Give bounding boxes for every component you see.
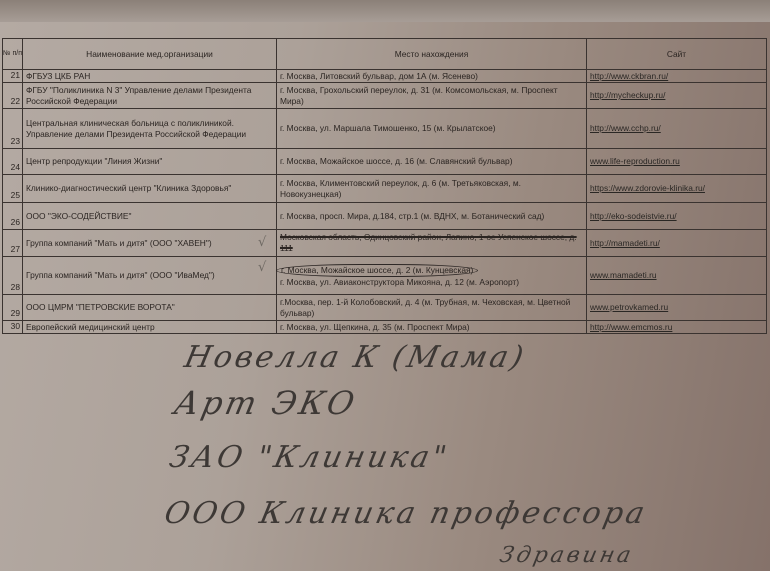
row-name: ФГБУЗ ЦКБ РАН [23,70,277,83]
row-name: Клинико-диагностический центр "Клиника З… [23,175,277,203]
handwritten-note: Новелла К (Мама) [181,340,529,375]
row-location: г. Москва, Литовский бульвар, дом 1А (м.… [277,70,587,83]
row-location: г.Москва, пер. 1-й Колобовский, д. 4 (м.… [277,295,587,321]
row-num: 22 [3,83,23,109]
row-location: г. Москва, ул. Маршала Тимошенко, 15 (м.… [277,109,587,149]
row-site-link[interactable]: http://mamadeti.ru/ [587,230,767,257]
handwritten-note: Арт ЭКО [171,384,361,422]
check-mark-icon: √ [258,260,266,275]
row-name: ООО ЦМРМ "ПЕТРОВСКИЕ ВОРОТА" [23,295,277,321]
row-location: г. Москва, Можайское шоссе, д. 16 (м. Сл… [277,149,587,175]
photo-top-shadow [0,0,770,22]
second-address: г. Москва, ул. Авиаконструктора Микояна,… [280,277,519,287]
row-name: Группа компаний "Мать и дитя" (ООО "ИваМ… [23,257,277,295]
row-location: г. Москва, просп. Мира, д.184, стр.1 (м.… [277,203,587,230]
header-name: Наименование мед.организации [23,39,277,70]
table-row: 22 ФГБУ "Поликлиника N 3" Управление дел… [3,83,767,109]
table-row: 26 ООО "ЭКО-СОДЕЙСТВИЕ" г. Москва, просп… [3,203,767,230]
table-row: 23 Центральная клиническая больница с по… [3,109,767,149]
table-row: 30 Европейский медицинский центр г. Моск… [3,321,767,334]
table-row: 27 Группа компаний "Мать и дитя" (ООО "Х… [3,230,767,257]
row-location: г. Москва, ул. Щепкина, д. 35 (м. Проспе… [277,321,587,334]
check-mark-icon: √ [258,235,266,250]
row-num: 23 [3,109,23,149]
row-num: 26 [3,203,23,230]
header-site: Сайт [587,39,767,70]
row-name: Группа компаний "Мать и дитя" (ООО "ХАВЕ… [23,230,277,257]
row-num: 28 [3,257,23,295]
row-location: г. Москва, Можайское шоссе, д. 2 (м. Кун… [277,257,587,295]
row-num: 29 [3,295,23,321]
table-row: 24 Центр репродукции "Линия Жизни" г. Мо… [3,149,767,175]
row-num: 24 [3,149,23,175]
table-row: 25 Клинико-диагностический центр "Клиник… [3,175,767,203]
handwritten-note: Здравина [497,543,636,568]
row-name: ФГБУ "Поликлиника N 3" Управление делами… [23,83,277,109]
table-header-row: № п/п Наименование мед.организации Место… [3,39,767,70]
row-num: 27 [3,230,23,257]
clinics-table-container: № п/п Наименование мед.организации Место… [2,38,766,334]
table-row: 28 Группа компаний "Мать и дитя" (ООО "И… [3,257,767,295]
circled-address: г. Москва, Можайское шоссе, д. 2 (м. Кун… [276,264,478,277]
row-name: Европейский медицинский центр [23,321,277,334]
row-num: 30 [3,321,23,334]
handwritten-note: ООО Клиника профессора [161,496,650,531]
row-location: г. Москва, Грохольский переулок, д. 31 (… [277,83,587,109]
row-site-link[interactable]: http://mycheckup.ru/ [587,83,767,109]
row-name: Центральная клиническая больница с полик… [23,109,277,149]
row-site-link[interactable]: www.mamadeti.ru [587,257,767,295]
row-location-struck: Московская область, Одинцовский район, Л… [277,230,587,257]
row-site-link[interactable]: www.petrovkamed.ru [587,295,767,321]
row-site-link[interactable]: http://eko-sodeistvie.ru/ [587,203,767,230]
header-num: № п/п [3,39,23,70]
row-site-link[interactable]: www.life-reproduction.ru [587,149,767,175]
row-num: 25 [3,175,23,203]
row-location: г. Москва, Климентовский переулок, д. 6 … [277,175,587,203]
header-location: Место нахождения [277,39,587,70]
row-site-link[interactable]: http://www.ckbran.ru/ [587,70,767,83]
clinics-table: № п/п Наименование мед.организации Место… [2,38,767,334]
row-site-link[interactable]: http://www.cchp.ru/ [587,109,767,149]
row-name: Центр репродукции "Линия Жизни" [23,149,277,175]
table-row: 29 ООО ЦМРМ "ПЕТРОВСКИЕ ВОРОТА" г.Москва… [3,295,767,321]
row-site-link[interactable]: https://www.zdorovie-klinika.ru/ [587,175,767,203]
table-row: 21 ФГБУЗ ЦКБ РАН г. Москва, Литовский бу… [3,70,767,83]
row-site-link[interactable]: http://www.emcmos.ru [587,321,767,334]
handwritten-note: ЗАО "Клиника" [166,440,452,475]
row-name: ООО "ЭКО-СОДЕЙСТВИЕ" [23,203,277,230]
row-num: 21 [3,70,23,83]
